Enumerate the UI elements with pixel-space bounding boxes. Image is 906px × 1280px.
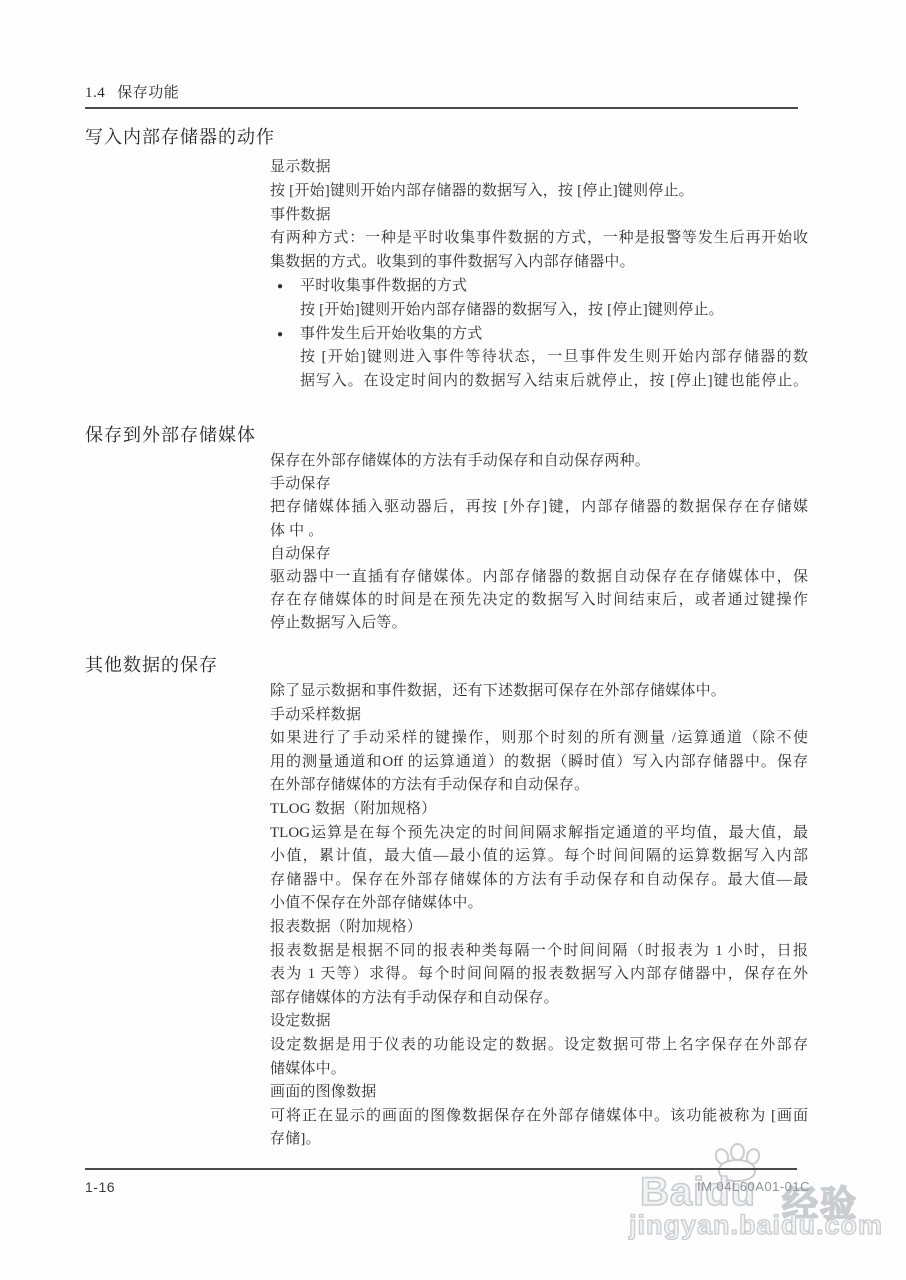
body-line: 显示数据 xyxy=(270,156,808,180)
bullet-icon: ● xyxy=(270,323,300,347)
page-number: 1-16 xyxy=(85,1179,115,1195)
section-heading-internal-memory: 写入内部存储器的动作 xyxy=(85,126,275,148)
body-line: 集数据的方式。收集到的事件数据写入内部存储器中。 xyxy=(270,251,808,275)
section-heading-external-media: 保存到外部存储媒体 xyxy=(85,424,256,446)
body-line: 自动保存 xyxy=(270,543,808,566)
body-line: 事件数据 xyxy=(270,204,808,228)
body-line: 手动保存 xyxy=(270,473,808,496)
body-line: 用的测量通道和Off 的运算通道）的数据（瞬时值）写入内部存储器中。保存 xyxy=(270,751,808,775)
manual-page: 1.4保存功能 写入内部存储器的动作 显示数据 按 [开始]键则开始内部存储器的… xyxy=(0,0,906,1280)
document-number: IM 04L60A01-01C xyxy=(697,1179,810,1194)
body-line: 设定数据是用于仪表的功能设定的数据。设定数据可带上名字保存在外部存 xyxy=(270,1034,808,1058)
body-line: 按 [开始]键则开始内部存储器的数据写入，按 [停止]键则停止。 xyxy=(270,180,808,204)
body-line: 除了显示数据和事件数据，还有下述数据可保存在外部存储媒体中。 xyxy=(270,680,808,704)
body-line: 存储器中。保存在外部存储媒体的方法有手动保存和自动保存。最大值—最 xyxy=(270,869,808,893)
footer-rule xyxy=(85,1168,797,1170)
body-line: 画面的图像数据 xyxy=(270,1081,808,1105)
running-header: 1.4保存功能 xyxy=(85,84,179,102)
body-line: 部存储媒体的方法有手动保存和自动保存。 xyxy=(270,987,808,1011)
header-section-title: 保存功能 xyxy=(117,85,179,101)
body-line: 储媒体中。 xyxy=(270,1058,808,1082)
body-line: TLOG 数据（附加规格） xyxy=(270,798,808,822)
body-line: 据写入。在设定时间内的数据写入结束后就停止，按 [停止]键也能停止。 xyxy=(300,370,808,394)
body-line: 保存在外部存储媒体的方法有手动保存和自动保存两种。 xyxy=(270,450,808,473)
body-line: 小值，累计值，最大值—最小值的运算。每个时间间隔的运算数据写入内部 xyxy=(270,845,808,869)
body-line: 设定数据 xyxy=(270,1010,808,1034)
body-line: 有两种方式：一种是平时收集事件数据的方式，一种是报警等发生后再开始收 xyxy=(270,227,808,251)
bullet-item: ●平时收集事件数据的方式 xyxy=(270,275,808,299)
bullet-label: 平时收集事件数据的方式 xyxy=(300,275,467,299)
body-line: 驱动器中一直插有存储媒体。内部存储器的数据自动保存在存储媒体中，保 xyxy=(270,566,808,589)
body-line: 表为 1 天等）求得。每个时间间隔的报表数据写入内部存储器中，保存在外 xyxy=(270,963,808,987)
section-body-internal-memory: 显示数据 按 [开始]键则开始内部存储器的数据写入，按 [停止]键则停止。 事件… xyxy=(270,156,808,394)
body-line: 小值不保存在外部存储媒体中。 xyxy=(270,892,808,916)
section-body-other-data: 除了显示数据和事件数据，还有下述数据可保存在外部存储媒体中。 手动采样数据 如果… xyxy=(270,680,808,1152)
bullet-item: ●事件发生后开始收集的方式 xyxy=(270,323,808,347)
body-line: 按 [开始]键则开始内部存储器的数据写入，按 [停止]键则停止。 xyxy=(300,299,808,323)
body-line: 如果进行了手动采样的键操作，则那个时刻的所有测量 /运算通道（除不使 xyxy=(270,727,808,751)
body-line: 停止数据写入后等。 xyxy=(270,612,808,635)
body-line: 按 [开始]键则进入事件等待状态，一旦事件发生则开始内部存储器的数 xyxy=(300,346,808,370)
body-line: 报表数据（附加规格） xyxy=(270,916,808,940)
body-line: 把存储媒体插入驱动器后，再按 [外存]键，内部存储器的数据保存在存储媒 xyxy=(270,496,808,519)
section-body-external-media: 保存在外部存储媒体的方法有手动保存和自动保存两种。 手动保存 把存储媒体插入驱动… xyxy=(270,450,808,636)
header-section-number: 1.4 xyxy=(85,85,105,101)
section-heading-other-data: 其他数据的保存 xyxy=(85,654,218,676)
body-line: TLOG运算是在每个预先决定的时间间隔求解指定通道的平均值，最大值，最 xyxy=(270,822,808,846)
body-line: 在外部存储媒体的方法有手动保存和自动保存。 xyxy=(270,774,808,798)
body-line: 体 中 。 xyxy=(270,520,808,543)
bullet-label: 事件发生后开始收集的方式 xyxy=(300,323,482,347)
body-line: 存在存储媒体的时间是在预先决定的数据写入时间结束后，或者通过键操作 xyxy=(270,589,808,612)
body-line: 手动采样数据 xyxy=(270,704,808,728)
header-rule xyxy=(85,107,798,109)
watermark-url: jingyan.baidu.com xyxy=(629,1210,883,1241)
body-line: 可将正在显示的画面的图像数据保存在外部存储媒体中。该功能被称为 [画面 xyxy=(270,1105,808,1129)
bullet-icon: ● xyxy=(270,275,300,299)
body-line: 报表数据是根据不同的报表种类每隔一个时间间隔（时报表为 1 小时，日报 xyxy=(270,940,808,964)
